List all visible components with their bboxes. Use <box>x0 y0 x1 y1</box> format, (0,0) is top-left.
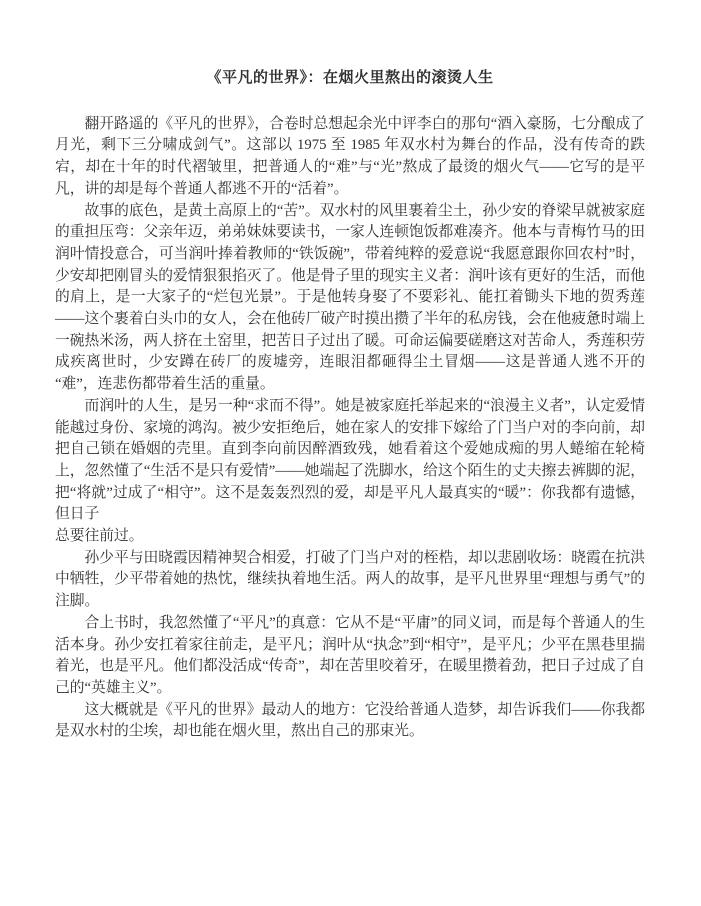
document-page: 《平凡的世界》：在烟火里熬出的滚烫人生 翻开路遥的《平凡的世界》，合卷时总想起余… <box>0 0 701 906</box>
paragraph-runye-story-continuation: 总要往前过。 <box>55 526 645 548</box>
paragraph-conclusion: 这大概就是《平凡的世界》最动人的地方：它没给普通人造梦，却告诉我们——你我都是双… <box>55 700 645 743</box>
paragraph-intro: 翻开路遥的《平凡的世界》，合卷时总想起余光中评李白的那句“酒入豪肠，七分酿成了月… <box>55 114 645 201</box>
paragraph-shaoan-story: 故事的底色，是黄土高原上的“苦”。双水村的风里裹着尘土，孙少安的脊梁早就被家庭的… <box>55 201 645 396</box>
paragraph-shaoping-story: 孙少平与田晓霞因精神契合相爱，打破了门当户对的桎梏，却以悲剧收场：晓霞在抗洪中牺… <box>55 548 645 613</box>
document-title: 《平凡的世界》：在烟火里熬出的滚烫人生 <box>55 68 645 90</box>
paragraph-runye-story: 而润叶的人生，是另一种“求而不得”。她是被家庭托举起来的“浪漫主义者”，认定爱情… <box>55 396 645 526</box>
paragraph-reflection: 合上书时，我忽然懂了“平凡”的真意：它从不是“平庸”的同义词，而是每个普通人的生… <box>55 613 645 700</box>
